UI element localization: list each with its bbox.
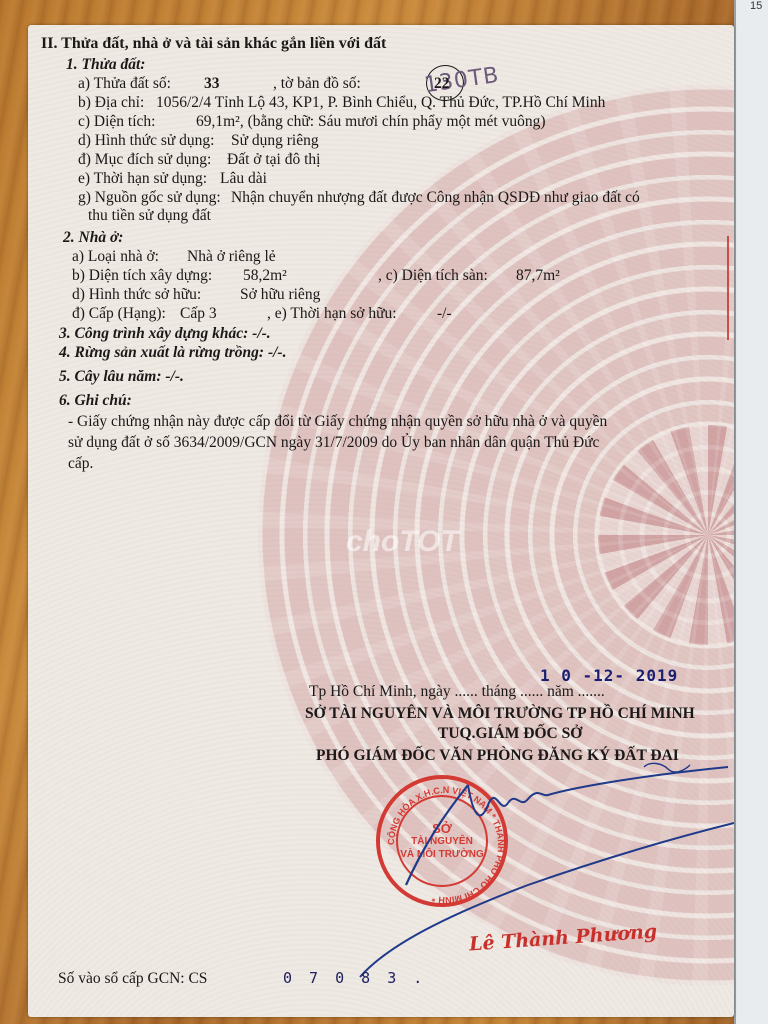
own-term-value: -/-: [437, 304, 452, 323]
house-type-label: a) Loại nhà ở:: [72, 247, 159, 266]
seal-center-line2: TÀI NGUYÊN: [411, 835, 473, 848]
origin-label: g) Nguồn gốc sử dụng:: [78, 188, 221, 207]
seal-center-line1: SỞ: [432, 822, 452, 835]
floor-area-label: , c) Diện tích sàn:: [378, 266, 488, 285]
other-item-value: -/-.: [268, 344, 287, 361]
parcel-number: 33: [204, 74, 220, 93]
seal-center: SỞ TÀI NGUYÊN VÀ MÔI TRƯỜNG: [396, 795, 488, 887]
other-item-label: 5. Cây lâu năm:: [59, 368, 161, 385]
registry-label: Số vào sổ cấp GCN: CS: [58, 969, 207, 988]
map-sheet-label: , tờ bản đồ số:: [273, 74, 361, 93]
grade-label: đ) Cấp (Hạng):: [72, 304, 166, 323]
ownership-value: Sở hữu riêng: [240, 285, 320, 304]
notes-line-3: cấp.: [68, 454, 93, 473]
use-form-value: Sử dụng riêng: [231, 131, 319, 150]
notes-line-1: - Giấy chứng nhận này được cấp đổi từ Gi…: [68, 412, 607, 431]
adjacent-page-edge: 15: [734, 0, 768, 1024]
official-red-seal: CỘNG HÒA X.H.C.N VIỆT NAM * THÀNH PHỐ HỒ…: [376, 775, 508, 907]
registry-number: 0 7 0 8 3 .: [283, 969, 426, 988]
other-item-label: 3. Công trình xây dựng khác:: [59, 325, 248, 342]
signer-name: Lê Thành Phương: [469, 922, 658, 954]
ownership-label: d) Hình thức sở hữu:: [72, 285, 201, 304]
on-behalf-title: TUQ.GIÁM ĐỐC SỞ: [438, 724, 582, 743]
signer-position: PHÓ GIÁM ĐỐC VĂN PHÒNG ĐĂNG KÝ ĐẤT ĐAI: [316, 746, 679, 765]
section-title: II. Thửa đất, nhà ở và tài sản khác gắn …: [41, 34, 386, 53]
term-value: Lâu dài: [220, 169, 267, 188]
other-item-1: 3. Công trình xây dựng khác: -/-.: [59, 324, 271, 343]
other-item-value: -/-.: [252, 325, 271, 342]
area-value: 69,1m², (bằng chữ: Sáu mươi chín phẩy mộ…: [196, 112, 546, 131]
build-area-value: 58,2m²: [243, 266, 287, 285]
purpose-label: đ) Mục đích sử dụng:: [78, 150, 211, 169]
own-term-label: , e) Thời hạn sở hữu:: [267, 304, 397, 323]
certificate-page: choTOT II. Thửa đất, nhà ở và tài sản kh…: [28, 25, 734, 1017]
origin-value-line2: thu tiền sử dụng đất: [88, 206, 211, 225]
adjacent-page-number: 15: [750, 0, 762, 12]
use-form-label: d) Hình thức sử dụng:: [78, 131, 215, 150]
seal-center-line3: VÀ MÔI TRƯỜNG: [400, 848, 484, 861]
grade-value: Cấp 3: [180, 304, 217, 323]
term-label: e) Thời hạn sử dụng:: [78, 169, 207, 188]
issuing-authority: SỞ TÀI NGUYÊN VÀ MÔI TRƯỜNG TP HỒ CHÍ MI…: [305, 704, 695, 723]
other-item-2: 4. Rừng sản xuất là rừng trồng: -/-.: [59, 343, 286, 362]
floor-area-value: 87,7m²: [516, 266, 560, 285]
land-heading: 1. Thửa đất:: [66, 55, 145, 74]
other-item-value: -/-.: [165, 368, 184, 385]
parcel-label: a) Thửa đất số:: [78, 74, 171, 93]
place-date-line: Tp Hồ Chí Minh, ngày ...... tháng ......…: [309, 682, 605, 701]
purpose-value: Đất ở tại đô thị: [227, 150, 320, 169]
origin-value-line1: Nhận chuyển nhượng đất được Công nhận QS…: [231, 188, 640, 207]
certificate-content: II. Thửa đất, nhà ở và tài sản khác gắn …: [28, 25, 734, 1017]
other-item-3: 5. Cây lâu năm: -/-.: [59, 367, 184, 386]
area-label: c) Diện tích:: [78, 112, 155, 131]
house-heading: 2. Nhà ở:: [63, 228, 123, 247]
house-type-value: Nhà ở riêng lẻ: [187, 247, 276, 266]
notes-heading: 6. Ghi chú:: [59, 391, 132, 410]
build-area-label: b) Diện tích xây dựng:: [72, 266, 212, 285]
side-red-stamp: [727, 236, 739, 340]
map-sheet-number: 22: [434, 74, 450, 93]
address-label: b) Địa chỉ:: [78, 93, 144, 112]
other-item-label: 4. Rừng sản xuất là rừng trồng:: [59, 344, 264, 361]
notes-line-2: sử dụng đất ở số 3634/2009/GCN ngày 31/7…: [68, 433, 599, 452]
address-value: 1056/2/4 Tỉnh Lộ 43, KP1, P. Bình Chiểu,…: [156, 93, 605, 112]
